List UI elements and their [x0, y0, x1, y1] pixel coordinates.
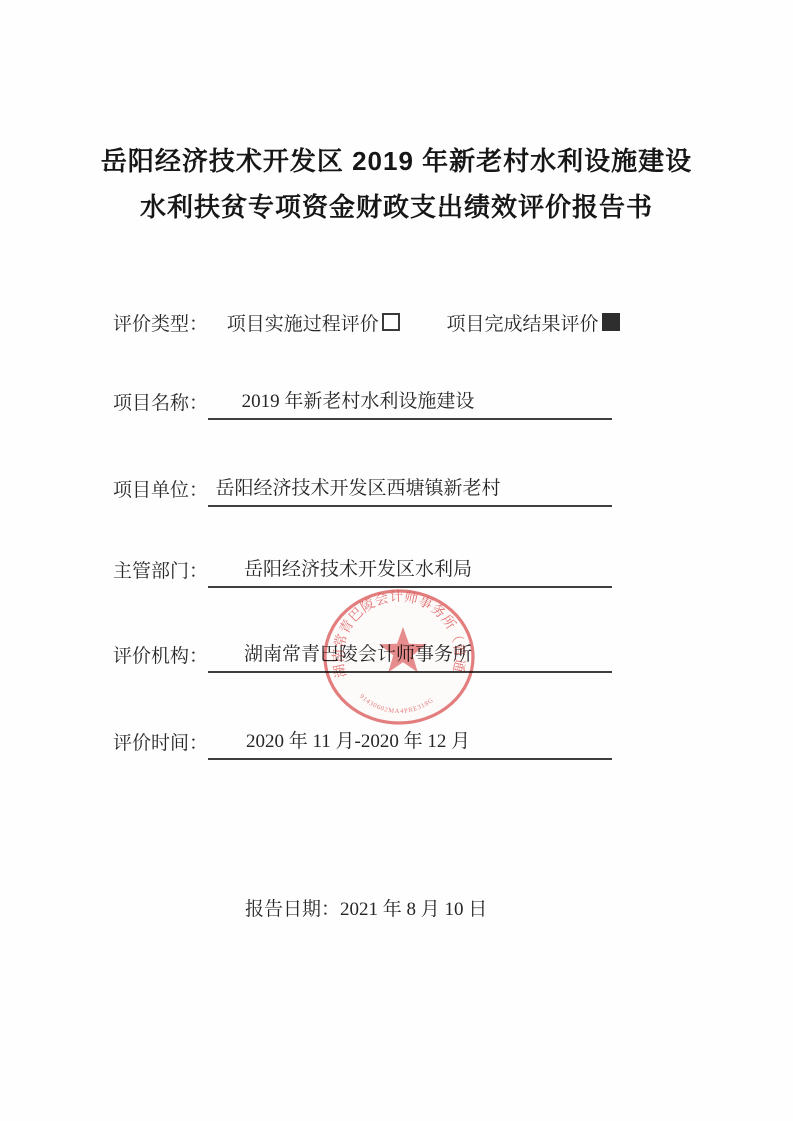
- field-evaluation-agency-value: 湖南常青巴陵会计师事务所: [208, 639, 612, 673]
- report-title-line2: 水利扶贫专项资金财政支出绩效评价报告书: [0, 184, 793, 230]
- field-competent-department: 主管部门： 岳阳经济技术开发区水利局: [113, 556, 612, 588]
- checkbox-process-evaluation: [382, 313, 400, 331]
- report-date-label: 报告日期：: [245, 899, 340, 920]
- document-page: 岳阳经济技术开发区 2019 年新老村水利设施建设 水利扶贫专项资金财政支出绩效…: [0, 0, 793, 1121]
- field-competent-department-value: 岳阳经济技术开发区水利局: [208, 554, 612, 588]
- field-project-unit: 项目单位： 岳阳经济技术开发区西塘镇新老村: [113, 475, 612, 507]
- report-title-line1: 岳阳经济技术开发区 2019 年新老村水利设施建设: [0, 138, 793, 184]
- evaluation-type-label: 评价类型：: [113, 314, 208, 335]
- field-evaluation-period: 评价时间： 2020 年 11 月-2020 年 12 月: [113, 728, 612, 760]
- field-project-name: 项目名称： 2019 年新老村水利设施建设: [113, 388, 612, 420]
- seal-credit-code: 91430602MA4PRE318G: [358, 693, 435, 715]
- report-title: 岳阳经济技术开发区 2019 年新老村水利设施建设 水利扶贫专项资金财政支出绩效…: [0, 138, 793, 230]
- report-date-row: 报告日期：2021 年 8 月 10 日: [245, 895, 487, 925]
- field-competent-department-label: 主管部门：: [113, 556, 208, 588]
- option-result-evaluation-label: 项目完成结果评价: [447, 314, 599, 335]
- svg-text:91430602MA4PRE318G: 91430602MA4PRE318G: [358, 693, 435, 715]
- field-project-name-value: 2019 年新老村水利设施建设: [208, 386, 612, 420]
- option-process-evaluation: 项目实施过程评价: [227, 314, 400, 335]
- field-project-name-label: 项目名称：: [113, 388, 208, 420]
- field-project-unit-label: 项目单位：: [113, 475, 208, 507]
- checkbox-result-evaluation: [602, 313, 620, 331]
- evaluation-type-row: 评价类型： 项目实施过程评价 项目完成结果评价: [113, 309, 620, 341]
- field-evaluation-period-value: 2020 年 11 月-2020 年 12 月: [208, 726, 612, 760]
- option-process-evaluation-label: 项目实施过程评价: [227, 314, 379, 335]
- option-result-evaluation: 项目完成结果评价: [447, 314, 620, 335]
- report-date-value: 2021 年 8 月 10 日: [340, 899, 487, 920]
- field-evaluation-agency: 评价机构： 湖南常青巴陵会计师事务所: [113, 641, 612, 673]
- field-project-unit-value: 岳阳经济技术开发区西塘镇新老村: [208, 473, 612, 507]
- field-evaluation-agency-label: 评价机构：: [113, 641, 208, 673]
- field-evaluation-period-label: 评价时间：: [113, 728, 208, 760]
